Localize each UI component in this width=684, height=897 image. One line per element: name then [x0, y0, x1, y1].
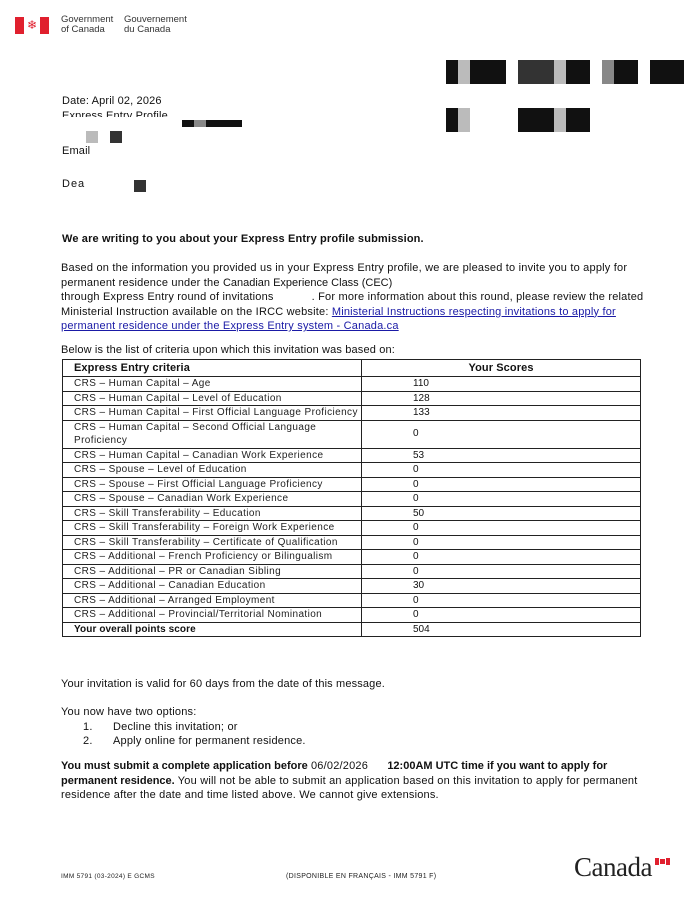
score-cell: 128 — [362, 391, 641, 406]
french-version-note: (DISPONIBLE EN FRANÇAIS - IMM 5791 F) — [286, 873, 436, 880]
intro-paragraph: Based on the information you provided us… — [61, 261, 661, 334]
program-name: Canadian Experience Class (CEC) — [223, 277, 392, 289]
criterion-cell: CRS – Additional – Provincial/Territoria… — [63, 608, 362, 623]
canada-wordmark: Canada — [574, 852, 652, 883]
score-cell: 504 — [362, 622, 641, 637]
criterion-cell: CRS – Additional – French Proficiency or… — [63, 550, 362, 565]
score-cell: 0 — [362, 564, 641, 579]
table-row: CRS – Spouse – First Official Language P… — [63, 477, 641, 492]
score-cell: 0 — [362, 477, 641, 492]
deadline-paragraph: You must submit a complete application b… — [61, 759, 651, 803]
table-row: CRS – Human Capital – Canadian Work Expe… — [63, 448, 641, 463]
criterion-cell: CRS – Human Capital – Age — [63, 377, 362, 392]
total-row: Your overall points score504 — [63, 622, 641, 637]
form-code: IMM 5791 (03-2024) E GCMS — [61, 873, 155, 880]
header-criteria: Express Entry criteria — [63, 360, 362, 377]
options-block: You now have two options: 1.Decline this… — [61, 705, 661, 748]
criterion-cell: CRS – Skill Transferability – Foreign Wo… — [63, 521, 362, 536]
score-cell: 110 — [362, 377, 641, 392]
score-cell: 53 — [362, 448, 641, 463]
header-scores: Your Scores — [362, 360, 641, 377]
criterion-cell: CRS – Skill Transferability – Education — [63, 506, 362, 521]
table-row: CRS – Additional – Arranged Employment0 — [63, 593, 641, 608]
criterion-cell: CRS – Skill Transferability – Certificat… — [63, 535, 362, 550]
table-row: CRS – Skill Transferability – Foreign Wo… — [63, 521, 641, 536]
gov-fr-line2: du Canada — [124, 25, 187, 35]
score-cell: 0 — [362, 550, 641, 565]
table-row: CRS – Spouse – Canadian Work Experience0 — [63, 492, 641, 507]
option-item: 1.Decline this invitation; or — [61, 720, 661, 734]
salutation: Dea — [62, 177, 85, 191]
table-row: CRS – Skill Transferability – Certificat… — [63, 535, 641, 550]
gouvernement-du-canada-label: Gouvernement du Canada — [124, 15, 187, 35]
score-cell: 30 — [362, 579, 641, 594]
table-header-row: Express Entry criteria Your Scores — [63, 360, 641, 377]
table-row: CRS – Additional – Canadian Education30 — [63, 579, 641, 594]
score-cell: 0 — [362, 535, 641, 550]
table-row: CRS – Spouse – Level of Education0 — [63, 463, 641, 478]
table-row: CRS – Additional – French Proficiency or… — [63, 550, 641, 565]
government-of-canada-label: Government of Canada — [61, 15, 113, 35]
criteria-intro: Below is the list of criteria upon which… — [61, 343, 395, 357]
score-cell: 0 — [362, 492, 641, 507]
score-cell: 0 — [362, 463, 641, 478]
letter-subject: We are writing to you about your Express… — [62, 232, 424, 246]
canada-flag-icon: ❄ — [15, 17, 49, 34]
letter-date: Date: April 02, 2026 — [62, 94, 162, 108]
gov-en-line2: of Canada — [61, 25, 113, 35]
criterion-cell: CRS – Human Capital – Second Official La… — [63, 420, 362, 448]
redacted-name — [134, 180, 146, 192]
score-cell: 50 — [362, 506, 641, 521]
criterion-cell: CRS – Human Capital – First Official Lan… — [63, 406, 362, 421]
table-row: CRS – Human Capital – First Official Lan… — [63, 406, 641, 421]
options-list: 1.Decline this invitation; or 2.Apply on… — [61, 720, 661, 748]
criterion-cell: CRS – Additional – Arranged Employment — [63, 593, 362, 608]
deadline-text-1: You must submit a complete application b… — [61, 760, 308, 772]
table-row: CRS – Additional – Provincial/Territoria… — [63, 608, 641, 623]
criteria-table: Express Entry criteria Your Scores CRS –… — [62, 359, 641, 637]
option-item: 2.Apply online for permanent residence. — [61, 734, 661, 748]
table-row: CRS – Additional – PR or Canadian Siblin… — [63, 564, 641, 579]
criterion-cell: CRS – Human Capital – Canadian Work Expe… — [63, 448, 362, 463]
score-cell: 0 — [362, 608, 641, 623]
deadline-date: 06/02/2026 — [308, 760, 372, 772]
intro-text-2: through Express Entry round of invitatio… — [61, 291, 274, 303]
criterion-cell: Your overall points score — [63, 622, 362, 637]
score-cell: 0 — [362, 521, 641, 536]
criterion-cell: CRS – Spouse – Level of Education — [63, 463, 362, 478]
profile-number-label: Express Entry Profile — [62, 109, 168, 117]
criterion-cell: CRS – Spouse – Canadian Work Experience — [63, 492, 362, 507]
table-row: CRS – Human Capital – Age110 — [63, 377, 641, 392]
criterion-cell: CRS – Human Capital – Level of Education — [63, 391, 362, 406]
score-cell: 0 — [362, 593, 641, 608]
table-row: CRS – Human Capital – Level of Education… — [63, 391, 641, 406]
score-cell: 0 — [362, 420, 641, 448]
score-cell: 133 — [362, 406, 641, 421]
email-label: Email — [62, 144, 90, 158]
criterion-cell: CRS – Additional – Canadian Education — [63, 579, 362, 594]
criterion-cell: CRS – Additional – PR or Canadian Siblin… — [63, 564, 362, 579]
validity-note: Your invitation is valid for 60 days fro… — [61, 677, 385, 691]
table-row: CRS – Skill Transferability – Education5… — [63, 506, 641, 521]
table-row: CRS – Human Capital – Second Official La… — [63, 420, 641, 448]
wordmark-flag-icon — [655, 858, 670, 865]
criterion-cell: CRS – Spouse – First Official Language P… — [63, 477, 362, 492]
options-intro: You now have two options: — [61, 705, 661, 720]
